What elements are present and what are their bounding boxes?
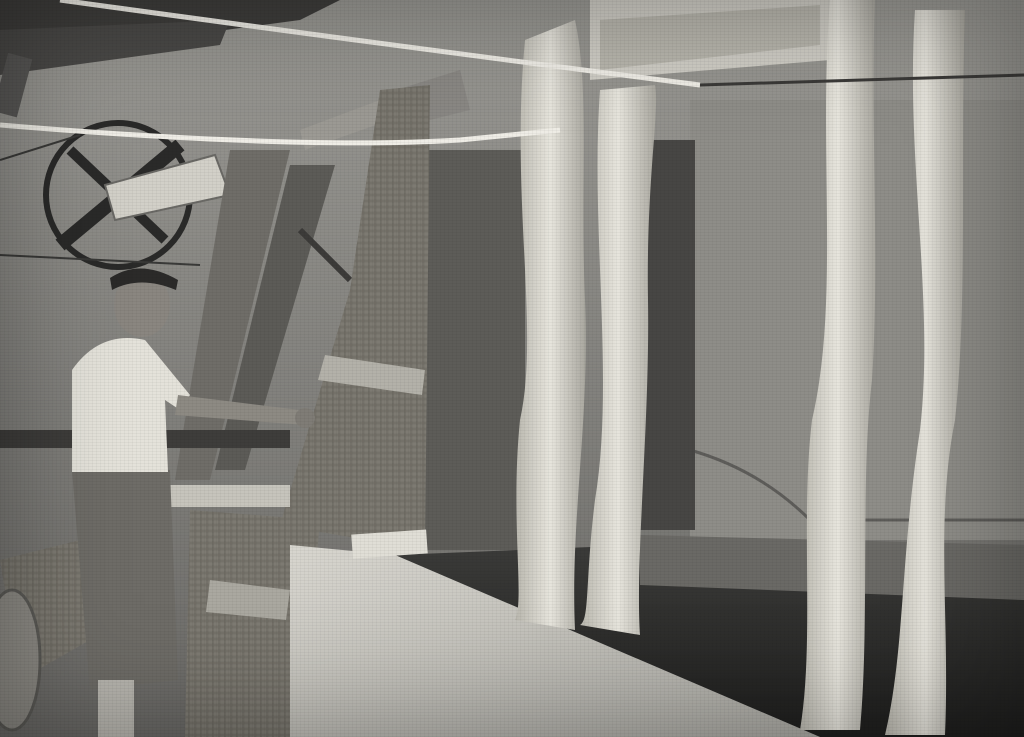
dye-board [425, 150, 525, 550]
dye-works-photograph [0, 0, 1024, 737]
photo-scene [0, 0, 1024, 737]
worker-apron [72, 470, 178, 690]
